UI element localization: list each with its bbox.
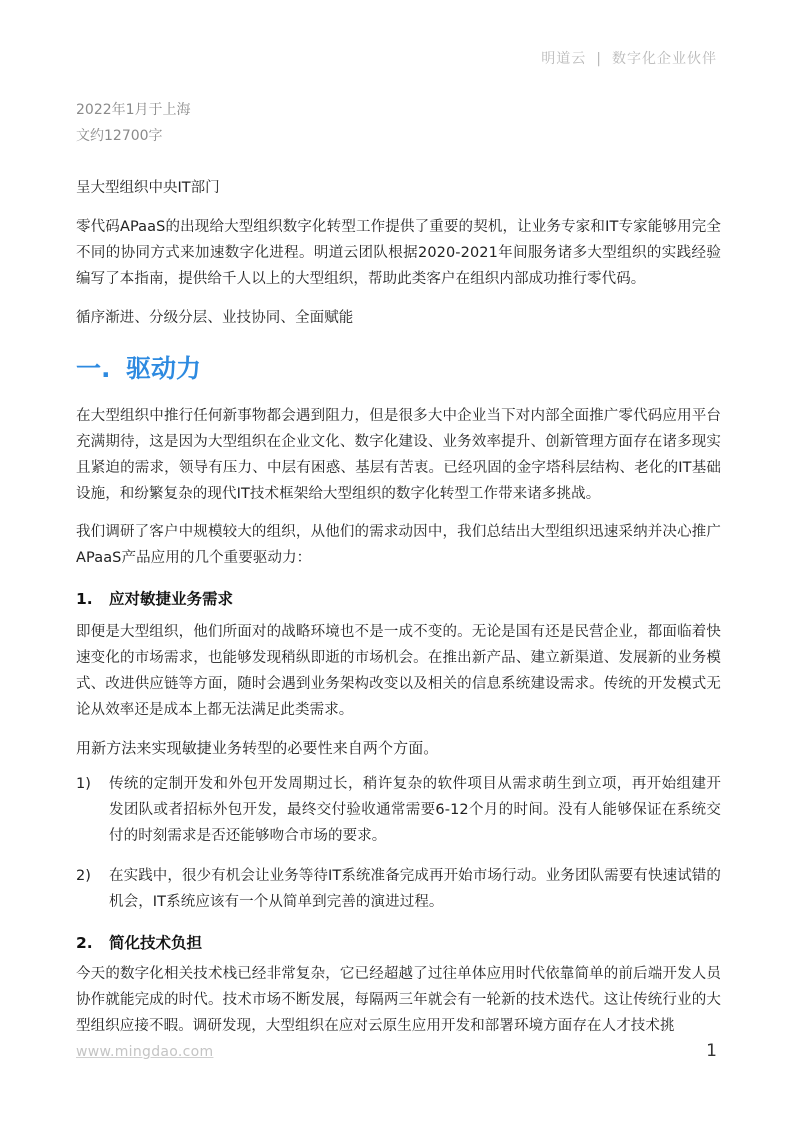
header-separator: |	[596, 51, 602, 67]
subsection-title: 简化技术负担	[109, 929, 202, 957]
intro-paragraph: 零代码APaaS的出现给大型组织数字化转型工作提供了重要的契机，让业务专家和IT…	[76, 214, 721, 292]
date-place: 2022年1月于上海	[76, 97, 721, 123]
subsection-heading: 2. 简化技术负担	[76, 929, 721, 957]
list-item-text: 在实践中，很少有机会让业务等待IT系统准备完成再开始市场行动。业务团队需要有快速…	[109, 863, 721, 915]
document-body: 2022年1月于上海 文约12700字 呈大型组织中央IT部门 零代码APaaS…	[76, 97, 721, 1039]
list-item-text: 传统的定制开发和外包开发周期过长，稍许复杂的软件项目从需求萌生到立项，再开始组建…	[109, 771, 721, 849]
website-link[interactable]: www.mingdao.com	[76, 1044, 213, 1060]
motto: 循序渐进、分级分层、业技协同、全面赋能	[76, 305, 721, 331]
word-count: 文约12700字	[76, 123, 721, 149]
list-item: 1) 传统的定制开发和外包开发周期过长，稍许复杂的软件项目从需求萌生到立项，再开…	[76, 771, 721, 849]
lead-sentence: 用新方法来实现敏捷业务转型的必要性来自两个方面。	[76, 735, 721, 761]
list-item: 2) 在实践中，很少有机会让业务等待IT系统准备完成再开始市场行动。业务团队需要…	[76, 863, 721, 915]
header-tagline: 数字化企业伙伴	[612, 51, 717, 67]
addressee: 呈大型组织中央IT部门	[76, 175, 721, 201]
section-paragraph: 我们调研了客户中规模较大的组织，从他们的需求动因中，我们总结出大型组织迅速采纳并…	[76, 519, 721, 571]
subsection-paragraph: 即便是大型组织，他们所面对的战略环境也不是一成不变的。无论是国有还是民营企业，都…	[76, 619, 721, 723]
list-marker: 1)	[76, 771, 109, 849]
page-header: 明道云|数字化企业伙伴	[541, 48, 717, 68]
header-brand: 明道云	[541, 51, 586, 67]
subsection-number: 1.	[76, 585, 109, 613]
page-number: 1	[706, 1041, 717, 1061]
subsection-heading: 1. 应对敏捷业务需求	[76, 585, 721, 613]
section-number: 一.	[76, 349, 126, 389]
section-heading: 一. 驱动力	[76, 349, 721, 389]
subsection-number: 2.	[76, 929, 109, 957]
section-title: 驱动力	[126, 349, 201, 389]
subsection-title: 应对敏捷业务需求	[109, 585, 233, 613]
list-marker: 2)	[76, 863, 109, 915]
subsection-paragraph: 今天的数字化相关技术栈已经非常复杂，它已经超越了过往单体应用时代依靠简单的前后端…	[76, 961, 721, 1039]
section-paragraph: 在大型组织中推行任何新事物都会遇到阻力，但是很多大中企业当下对内部全面推广零代码…	[76, 403, 721, 507]
